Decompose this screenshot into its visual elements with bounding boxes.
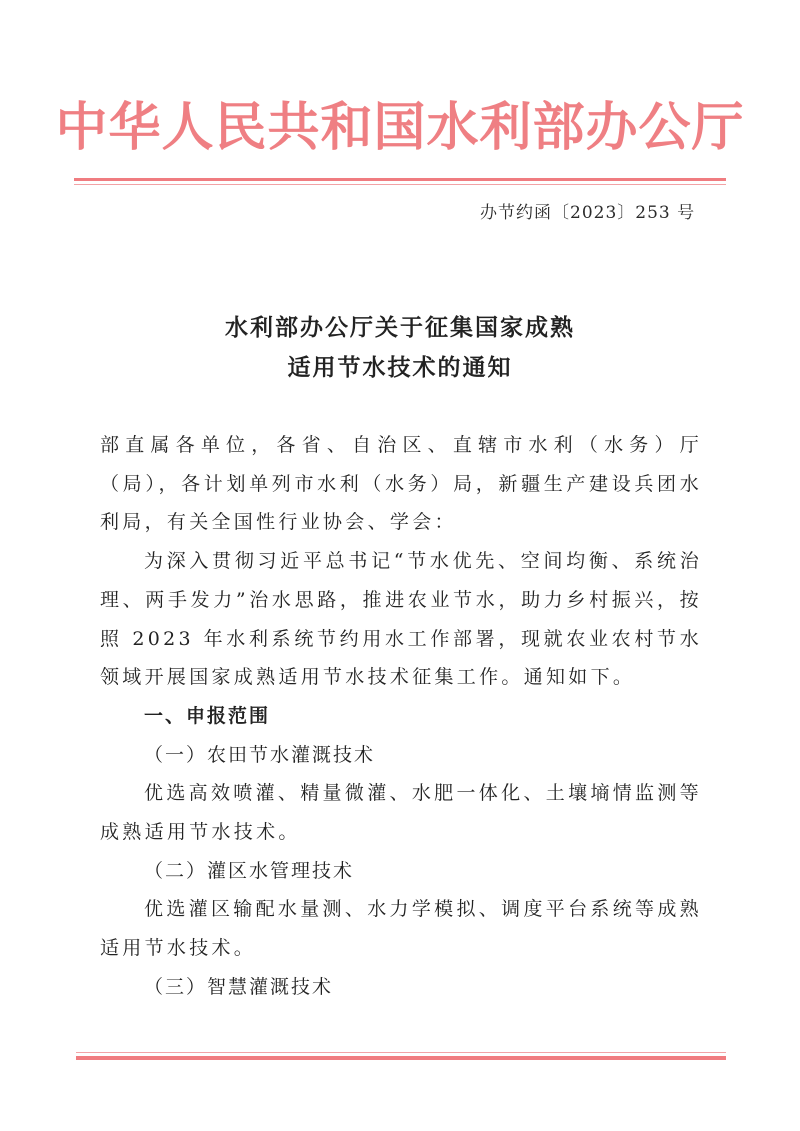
subsection-heading-2: （二）灌区水管理技术 — [100, 852, 702, 891]
issuer-masthead: 中华人民共和国水利部办公厅 — [0, 96, 800, 160]
title-line-1: 水利部办公厅关于征集国家成熟 — [0, 308, 800, 348]
subsection-heading-3: （三）智慧灌溉技术 — [100, 968, 702, 1007]
subsection-text-2: 优选灌区输配水量测、水力学模拟、调度平台系统等成熟适用节水技术。 — [100, 890, 702, 967]
header-rule-thin — [74, 184, 726, 185]
header-rule-thick — [74, 178, 726, 181]
title-line-2: 适用节水技术的通知 — [0, 348, 800, 388]
subsection-heading-1: （一）农田节水灌溉技术 — [100, 736, 702, 775]
document-body: 部直属各单位，各省、自治区、直辖市水利（水务）厅（局），各计划单列市水利（水务）… — [100, 426, 702, 1007]
footer-rule-thin — [76, 1052, 726, 1053]
footer-rule-thick — [76, 1056, 726, 1060]
document-number: 办节约函〔2023〕253 号 — [480, 198, 700, 223]
addressees: 部直属各单位，各省、自治区、直辖市水利（水务）厅（局），各计划单列市水利（水务）… — [100, 426, 702, 542]
section-heading-scope: 一、申报范围 — [100, 697, 702, 736]
document-title: 水利部办公厅关于征集国家成熟 适用节水技术的通知 — [0, 308, 800, 388]
intro-paragraph: 为深入贯彻习近平总书记“节水优先、空间均衡、系统治理、两手发力”治水思路，推进农… — [100, 542, 702, 697]
subsection-text-1: 优选高效喷灌、精量微灌、水肥一体化、土壤墒情监测等成熟适用节水技术。 — [100, 774, 702, 851]
